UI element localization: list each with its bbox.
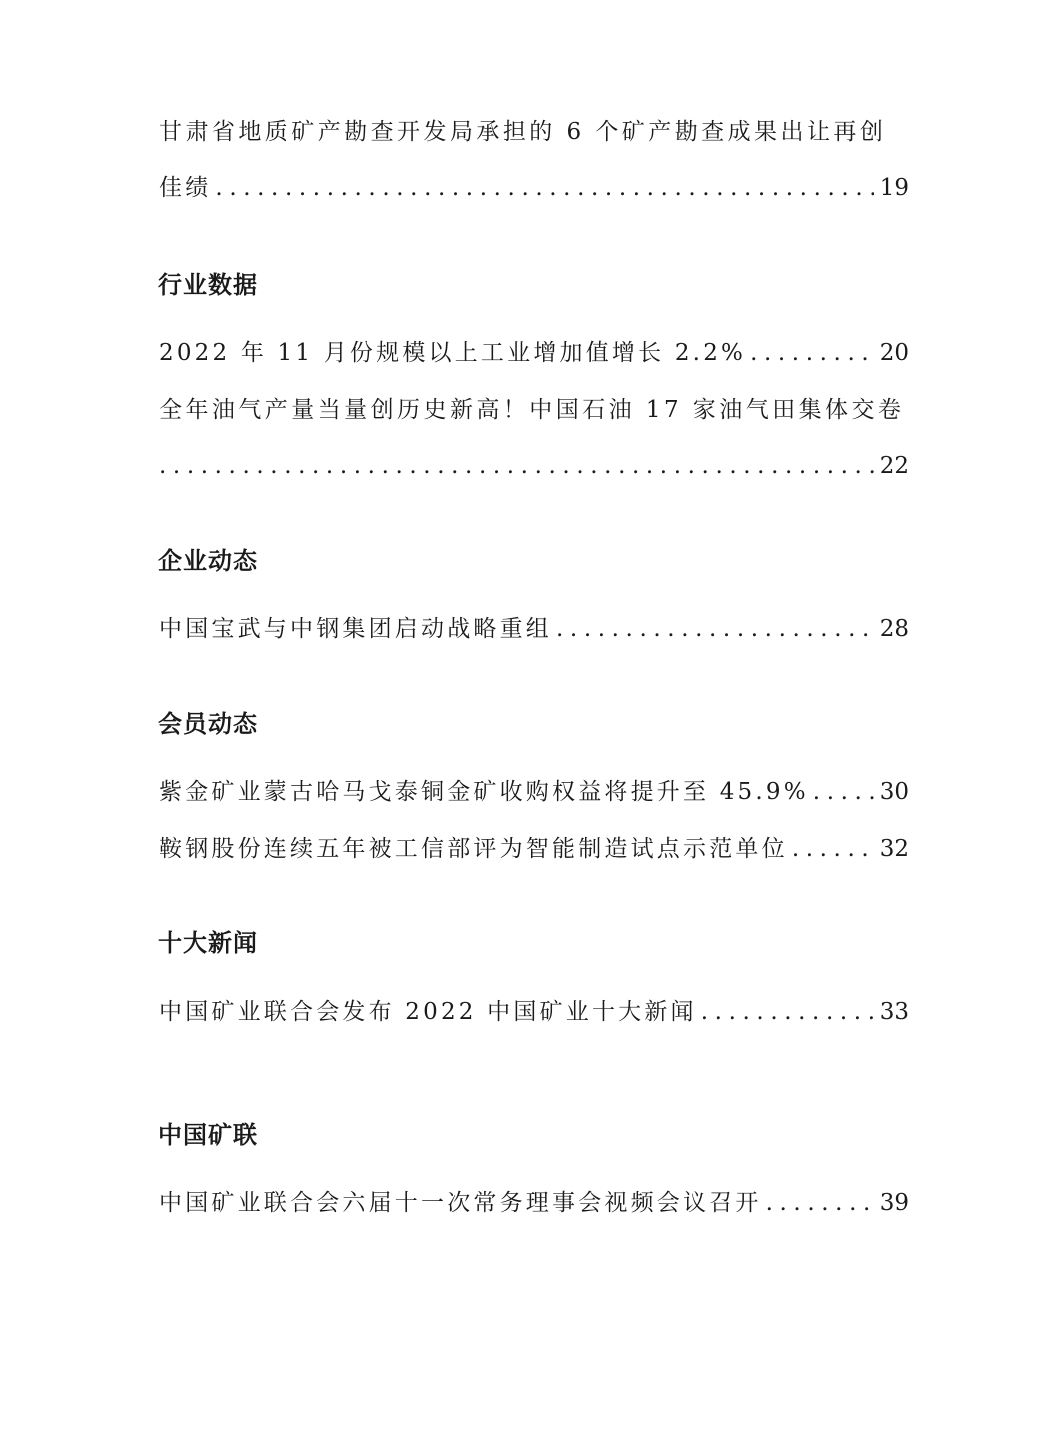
toc-entry-title: 全年油气产量当量创历史新高！中国石油 17 家油气田集体交卷 [159, 395, 904, 425]
toc-entry-title: 佳绩 [159, 173, 211, 203]
toc-page-number: 30 [880, 777, 909, 807]
section-heading: 中国矿联 [158, 1120, 258, 1150]
toc-page-number: 33 [880, 997, 909, 1027]
toc-page-number: 20 [880, 338, 909, 368]
toc-page-number: 22 [880, 451, 909, 481]
section-heading: 企业动态 [158, 546, 258, 576]
toc-entry-title: 中国矿业联合会六届十一次常务理事会视频会议召开 [159, 1188, 762, 1218]
dot-leader [792, 834, 874, 864]
toc-entry[interactable]: 中国矿业联合会六届十一次常务理事会视频会议召开 39 [159, 1188, 909, 1218]
toc-entry-title: 中国矿业联合会发布 2022 中国矿业十大新闻 [159, 997, 697, 1027]
section-heading: 会员动态 [158, 709, 258, 739]
toc-entry[interactable]: 紫金矿业蒙古哈马戈泰铜金矿收购权益将提升至 45.9% 30 [159, 777, 909, 807]
toc-entry-line[interactable]: 甘肃省地质矿产勘查开发局承担的 6 个矿产勘查成果出让再创 [159, 117, 909, 147]
toc-entry[interactable]: 佳绩 19 [159, 173, 909, 203]
toc-entry-title: 中国宝武与中钢集团启动战略重组 [159, 614, 552, 644]
toc-page: 甘肃省地质矿产勘查开发局承担的 6 个矿产勘查成果出让再创 佳绩 19 行业数据… [0, 0, 1058, 1433]
toc-page-number: 39 [880, 1188, 909, 1218]
dot-leader [766, 1188, 874, 1218]
toc-entry-line[interactable]: 全年油气产量当量创历史新高！中国石油 17 家油气田集体交卷 [159, 395, 909, 425]
toc-entry-title: 鞍钢股份连续五年被工信部评为智能制造试点示范单位 [159, 834, 788, 864]
toc-entry[interactable]: 中国宝武与中钢集团启动战略重组 28 [159, 614, 909, 644]
toc-page-number: 32 [880, 834, 909, 864]
toc-entry[interactable]: 22 [159, 451, 909, 481]
dot-leader [701, 997, 874, 1027]
dot-leader [159, 451, 874, 481]
toc-entry-title: 紫金矿业蒙古哈马戈泰铜金矿收购权益将提升至 45.9% [159, 777, 809, 807]
toc-entry[interactable]: 中国矿业联合会发布 2022 中国矿业十大新闻 33 [159, 997, 909, 1027]
toc-entry-title: 2022 年 11 月份规模以上工业增加值增长 2.2% [159, 338, 746, 368]
section-heading: 行业数据 [158, 270, 258, 300]
toc-page-number: 28 [880, 614, 909, 644]
dot-leader [813, 777, 874, 807]
dot-leader [750, 338, 874, 368]
dot-leader [556, 614, 874, 644]
toc-entry-title: 甘肃省地质矿产勘查开发局承担的 6 个矿产勘查成果出让再创 [159, 117, 886, 147]
toc-entry[interactable]: 鞍钢股份连续五年被工信部评为智能制造试点示范单位 32 [159, 834, 909, 864]
dot-leader [215, 173, 873, 203]
toc-page-number: 19 [880, 173, 909, 203]
section-heading: 十大新闻 [158, 928, 258, 958]
toc-entry[interactable]: 2022 年 11 月份规模以上工业增加值增长 2.2% 20 [159, 338, 909, 368]
